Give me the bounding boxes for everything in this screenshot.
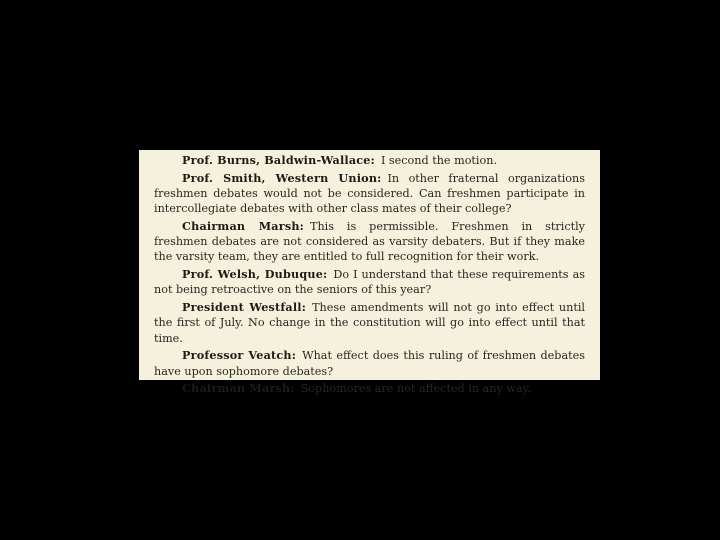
transcript-paragraph: President Westfall:These amendments will… [154,300,585,346]
speaker-name: Chairman Marsh: [182,381,295,395]
speaker-name: Chairman Marsh: [182,219,304,233]
transcript-paragraph: Prof. Welsh, Dubuque:Do I understand tha… [154,267,585,297]
speech-text: I second the motion. [381,154,497,167]
transcript-paragraph: Prof. Smith, Western Union:In other frat… [154,171,585,217]
speaker-name: Professor Veatch: [182,348,296,362]
transcript-paragraph: Chairman Marsh:Sophomores are not affect… [154,381,585,396]
transcript-paragraph: Chairman Marsh:This is permissible. Fres… [154,219,585,265]
speaker-name: Prof. Burns, Baldwin-Wallace: [182,153,375,167]
speech-text: Sophomores are not affected in any way. [301,382,531,395]
transcript-paragraph: Professor Veatch:What effect does this r… [154,348,585,378]
transcript-paragraph: Prof. Burns, Baldwin-Wallace:I second th… [154,153,585,168]
speaker-name: Prof. Welsh, Dubuque: [182,267,327,281]
speaker-name: President Westfall: [182,300,306,314]
document-clipping: Prof. Burns, Baldwin-Wallace:I second th… [139,150,600,380]
speaker-name: Prof. Smith, Western Union: [182,171,381,185]
